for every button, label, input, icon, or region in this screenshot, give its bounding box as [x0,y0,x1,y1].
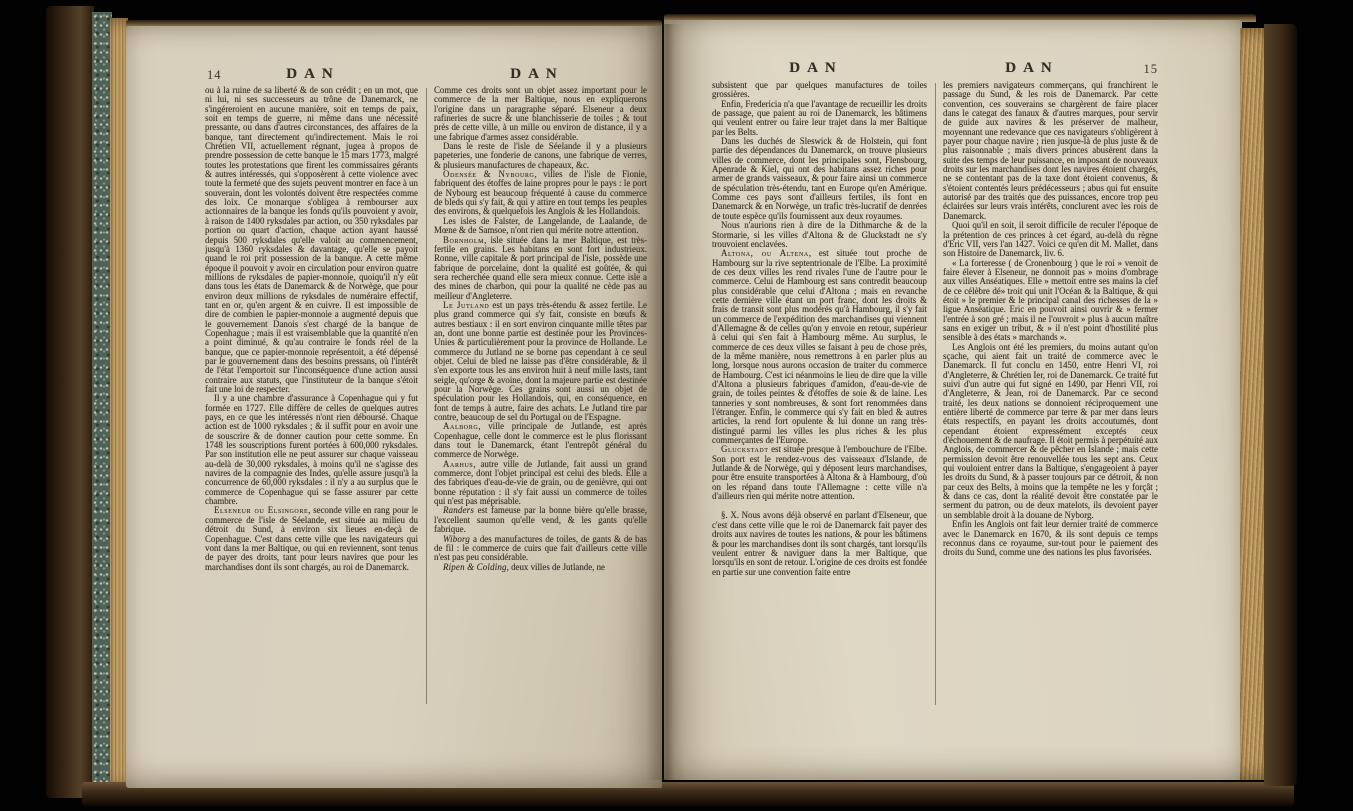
paragraph-lead-word: Elseneur ou Elsingore [214,505,308,515]
text-column-2: Comme ces droits sont un objet assez imp… [434,86,647,716]
paragraph: Bornholm, isle située dans la mer Baltiq… [434,236,647,301]
text-column-3: subsistent que par quelques manufactures… [712,81,927,717]
paragraph: les premiers navigateurs commerçans, qui… [943,81,1158,221]
page-number-15: 15 [1144,62,1159,77]
paragraph: Dans les duchés de Sleswick & de Holstei… [712,137,927,221]
paragraph: subsistent que par quelques manufactures… [712,81,927,100]
right-page-block-fore-edge [1240,28,1266,780]
paragraph: Quoi qu'il en soit, il seroit difficile … [943,221,1158,258]
marbled-endpaper-edge [92,12,112,793]
paragraph: Randers est fameuse par la bonne bière q… [434,506,647,534]
paragraph-lead-word: Aarhus [443,459,473,469]
paragraph-lead-word: Randers [443,505,474,515]
paragraph: Odensée & Nybourg, villes de l'isle de F… [434,170,647,217]
text-column-4: les premiers navigateurs commerçans, qui… [943,81,1158,717]
paragraph: Comme ces droits sont un objet assez imp… [434,86,647,142]
paragraph: ou à la ruine de sa liberté & de son cré… [205,86,418,394]
paragraph: Wiborg a des manufactures de toiles, de … [434,535,647,563]
left-page-header: 14 DAN DAN [205,66,647,86]
paragraph-lead-word: Altona, ou Altena [721,248,809,258]
paragraph-lead-word: Aalborg [443,421,478,431]
right-cover-board-edge [1264,24,1297,786]
photo-of-open-book: 14 DAN DAN ou à la ruine de sa liberté &… [0,0,1353,811]
text-column-1: ou à la ruine de sa liberté & de son cré… [205,86,418,716]
paragraph: Aarhus, autre ville de Jutlande, fait au… [434,460,647,507]
paragraph: Enfin, Fredericia n'a que l'avantage de … [712,100,927,137]
paragraph: Elseneur ou Elsingore, seconde ville en … [205,506,418,571]
paragraph: Dans le reste de l'isle de Séelande il y… [434,142,647,170]
right-page-text-block: subsistent que par quelques manufactures… [712,81,1158,717]
paragraph: Gluckstadt est située presque à l'embouc… [712,445,927,501]
paragraph: Les isles de Falster, de Langelande, de … [434,217,647,236]
page-number-14: 14 [207,68,222,83]
paragraph-lead-word: Ripen & Colding [443,562,507,572]
paragraph: Ripen & Colding, deux villes de Jutlande… [434,563,647,572]
paragraph: « La forteresse ( de Cronenbourg ) que l… [943,259,1158,343]
paragraph-lead-word: Odensée & Nybourg [443,169,534,179]
paragraph: Enfin les Anglois ont fait leur dernier … [943,520,1158,557]
paragraph: Altona, ou Altena, est située tout proch… [712,249,927,445]
paragraph: Nous n'aurions rien à dire de la Dithmar… [712,221,927,249]
paragraph: Il y a une chambre d'assurance à Copenha… [205,394,418,506]
running-head: DAN [286,66,340,83]
running-head: DAN [1005,60,1059,77]
running-head: DAN [789,60,843,77]
paragraph: Les Anglois ont été les premiers, du moi… [943,343,1158,521]
right-page-header: DAN DAN 15 [712,60,1158,80]
left-cover-board-edge [46,6,94,798]
paragraph: §. X. Nous avons déjà observé en parlant… [712,511,927,576]
paragraph: Le Jutland est un pays très-étendu & ass… [434,301,647,422]
running-head: DAN [510,66,564,83]
left-page-text-block: ou à la ruine de sa liberté & de son cré… [205,86,647,716]
paragraph-lead-word: Wiborg [443,534,470,544]
paragraph-lead-word: Le Jutland [443,300,489,310]
paragraph-lead-word: Gluckstadt [721,444,769,454]
paragraph: Aalborg, ville principale de Jutlande, e… [434,422,647,459]
paragraph-lead-word: Bornholm [443,235,484,245]
